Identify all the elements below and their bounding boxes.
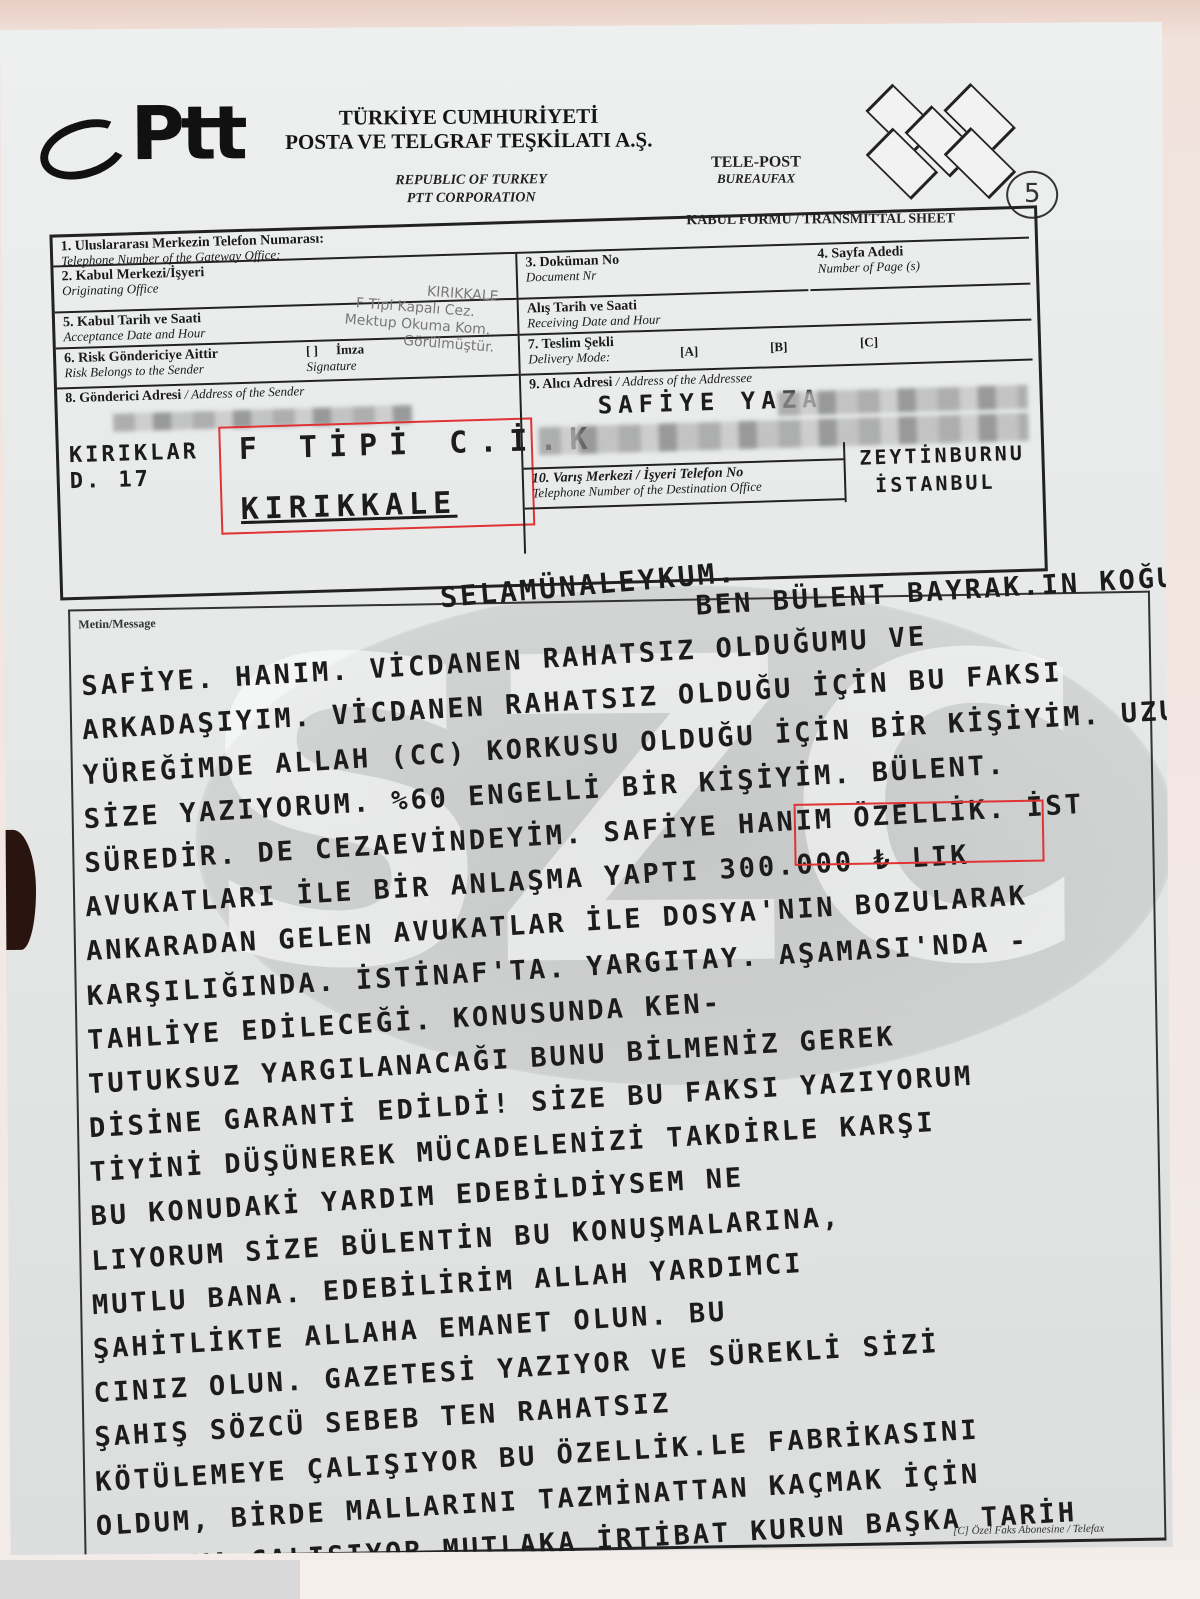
logo-text: Ptt: [130, 90, 244, 177]
subtitle-line-2: PTT CORPORATION: [361, 189, 581, 209]
destination-city: İSTANBUL: [875, 470, 996, 498]
field-page-count: 4. Sayfa AdediNumber of Page (s): [809, 239, 1030, 292]
telepost-label: TELE-POST BUREAUFAX: [691, 154, 821, 187]
certification-diamonds-icon: [855, 91, 1026, 182]
sender-line-1: KIRIKLAR: [69, 439, 200, 468]
risk-checkbox[interactable]: [ ]: [306, 344, 318, 358]
delivery-option-b[interactable]: [B]: [770, 340, 788, 355]
signature-label-en: Signature: [306, 359, 356, 374]
delivery-option-c[interactable]: [C]: [860, 335, 878, 350]
torn-edge: [0, 830, 36, 950]
field-destination-phone: 10. Varış Merkezi / İşyeri Telefon NoTel…: [524, 458, 845, 509]
header-title: TÜRKİYE CUMHURİYETİ POSTA VE TELGRAF TEŞ…: [259, 103, 679, 154]
fax-document: SZC Ptt TÜRKİYE CUMHURİYETİ POSTA VE TEL…: [0, 22, 1173, 1555]
delivery-option-a[interactable]: [A]: [680, 344, 698, 359]
bottom-strip: [0, 1560, 1200, 1599]
header-subtitle: REPUBLIC OF TURKEY PTT CORPORATION: [361, 171, 581, 209]
bureaufax-text: BUREAUFAX: [717, 170, 795, 186]
highlight-amount: [794, 800, 1045, 866]
ptt-logo: Ptt: [38, 98, 239, 189]
message-area: Metin/Message SELAMÜNALEYKUM. BEN BÜLENT…: [68, 591, 1166, 1555]
highlight-sender-address: [218, 417, 535, 534]
subtitle-line-1: REPUBLIC OF TURKEY: [361, 171, 581, 191]
transmittal-form: 1. Uluslararası Merkezin Telefon Numaras…: [49, 205, 1047, 600]
destination-district: ZEYTİNBURNU: [859, 441, 1025, 470]
censor-stamp: KIRIKKALE F Tipi Kapalı Cez. Mektup Okum…: [343, 278, 528, 359]
message-body: BEN BÜLENT BAYRAK.IN KOĞUŞSAFİYE. HANIM.…: [80, 603, 1157, 1555]
title-line-1: TÜRKİYE CUMHURİYETİ: [259, 103, 679, 130]
title-line-2: POSTA VE TELGRAF TEŞKİLATI A.Ş.: [259, 127, 679, 154]
ptt-wing-icon: [32, 109, 135, 191]
sender-line-2: D. 17: [69, 467, 151, 494]
telepost-text: TELE-POST: [691, 154, 821, 171]
